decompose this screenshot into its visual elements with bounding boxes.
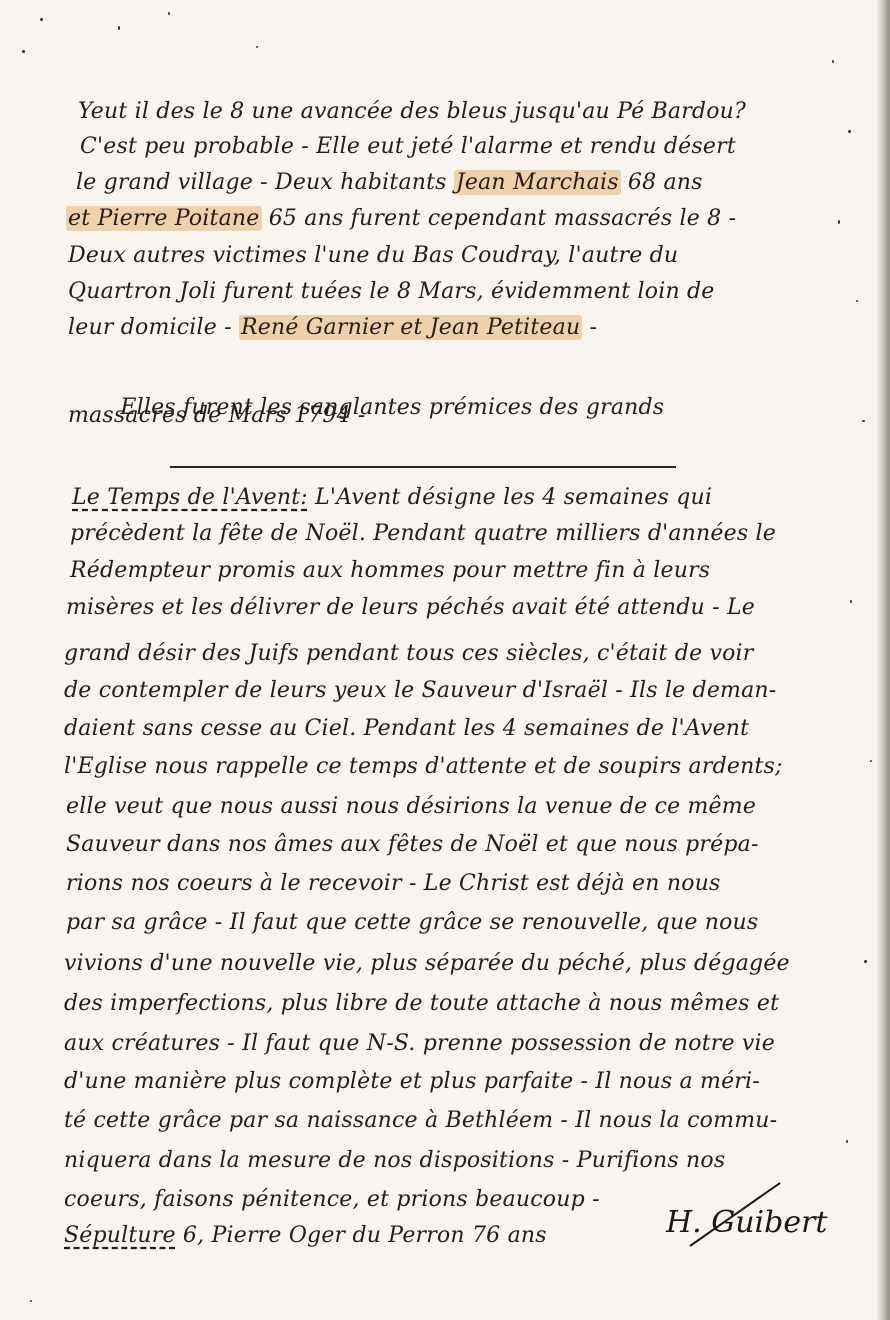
highlighted-name: René Garnier et Jean Petiteau [239, 315, 582, 340]
text-segment: L'Avent désigne les 4 semaines qui [308, 485, 712, 510]
text-segment: misères et les délivrer de leurs péchés … [66, 595, 755, 620]
text-line: coeurs, faisons pénitence, et prions bea… [64, 1186, 600, 1214]
text-line: leur domicile - René Garnier et Jean Pet… [68, 314, 597, 342]
text-line: grand désir des Juifs pendant tous ces s… [64, 640, 754, 668]
text-segment: Yeut il des le 8 une avancée des bleus j… [78, 99, 746, 124]
text-line: des imperfections, plus libre de toute a… [64, 990, 779, 1018]
text-line: aux créatures - Il faut que N-S. prenne … [64, 1030, 775, 1058]
highlighted-name: et Pierre Poitane [66, 206, 262, 231]
text-line: de contempler de leurs yeux le Sauveur d… [64, 677, 776, 705]
highlighted-name: Jean Marchais [454, 170, 621, 195]
text-segment: coeurs, faisons pénitence, et prions bea… [64, 1187, 600, 1212]
section-heading: Le Temps de l'Avent: [72, 485, 308, 510]
text-segment: té cette grâce par sa naissance à Bethlé… [64, 1108, 777, 1133]
text-segment: 6, Pierre Oger du Perron 76 ans [176, 1223, 547, 1248]
page-edge-shadow [876, 0, 890, 1320]
text-segment: Quartron Joli furent tuées le 8 Mars, év… [68, 279, 715, 304]
burial-label: Sépulture [64, 1223, 176, 1248]
text-line: Yeut il des le 8 une avancée des bleus j… [78, 98, 746, 126]
scan-speck [864, 960, 867, 963]
scan-speck [832, 60, 834, 63]
text-line: daient sans cesse au Ciel. Pendant les 4… [64, 715, 749, 743]
text-line: Sauveur dans nos âmes aux fêtes de Noël … [66, 831, 759, 859]
text-segment: Sauveur dans nos âmes aux fêtes de Noël … [66, 832, 759, 857]
scan-speck [22, 50, 25, 53]
text-segment: 68 ans [621, 170, 703, 195]
text-segment: C'est peu probable - Elle eut jeté l'ala… [80, 134, 736, 159]
text-line: et Pierre Poitane 65 ans furent cependan… [66, 205, 736, 233]
text-segment: précèdent la fête de Noël. Pendant quatr… [70, 521, 776, 546]
text-segment: Deux autres victimes l'une du Bas Coudra… [68, 243, 678, 268]
text-line: elle veut que nous aussi nous désirions … [66, 793, 756, 821]
text-segment: l'Eglise nous rappelle ce temps d'attent… [64, 754, 783, 779]
text-segment: niquera dans la mesure de nos dispositio… [64, 1148, 725, 1173]
text-segment: vivions d'une nouvelle vie, plus séparée… [64, 951, 790, 976]
scan-speck [870, 760, 872, 762]
scan-speck [256, 46, 258, 48]
signature: H. Guibert [666, 1205, 827, 1240]
scan-speck [846, 1140, 848, 1143]
text-segment: leur domicile - [68, 315, 239, 340]
scan-speck [850, 600, 852, 603]
text-line: par sa grâce - Il faut que cette grâce s… [66, 909, 758, 937]
scan-speck [838, 220, 840, 224]
text-line: massacres de Mars 1794 - [68, 402, 366, 430]
text-line: Quartron Joli furent tuées le 8 Mars, év… [68, 278, 715, 306]
section-divider [170, 466, 676, 468]
document-page: Yeut il des le 8 une avancée des bleus j… [0, 0, 890, 1320]
text-line: misères et les délivrer de leurs péchés … [66, 594, 755, 622]
text-segment: rions nos coeurs à le recevoir - Le Chri… [66, 871, 721, 896]
text-segment: Rédempteur promis aux hommes pour mettre… [70, 558, 710, 583]
text-line: Rédempteur promis aux hommes pour mettre… [70, 557, 710, 585]
text-segment: grand désir des Juifs pendant tous ces s… [64, 641, 754, 666]
scan-speck [848, 130, 851, 133]
text-segment: elle veut que nous aussi nous désirions … [66, 794, 756, 819]
text-line: Deux autres victimes l'une du Bas Coudra… [68, 242, 678, 270]
text-segment: aux créatures - Il faut que N-S. prenne … [64, 1031, 775, 1056]
text-line: d'une manière plus complète et plus parf… [64, 1068, 760, 1096]
text-line: l'Eglise nous rappelle ce temps d'attent… [64, 753, 783, 781]
text-line: précèdent la fête de Noël. Pendant quatr… [70, 520, 776, 548]
text-segment: par sa grâce - Il faut que cette grâce s… [66, 910, 758, 935]
text-line: C'est peu probable - Elle eut jeté l'ala… [80, 133, 736, 161]
text-line: rions nos coeurs à le recevoir - Le Chri… [66, 870, 721, 898]
burial-entry: Sépulture 6, Pierre Oger du Perron 76 an… [64, 1222, 547, 1250]
scan-speck [168, 12, 170, 15]
scan-speck [118, 26, 120, 30]
text-line: Le Temps de l'Avent: L'Avent désigne les… [72, 484, 712, 512]
scan-speck [862, 420, 865, 422]
text-line: le grand village - Deux habitants Jean M… [76, 169, 703, 197]
text-line: vivions d'une nouvelle vie, plus séparée… [64, 950, 790, 978]
text-segment: daient sans cesse au Ciel. Pendant les 4… [64, 716, 749, 741]
text-segment: - [582, 315, 597, 340]
scan-speck [30, 1300, 32, 1302]
text-segment: d'une manière plus complète et plus parf… [64, 1069, 760, 1094]
text-segment: des imperfections, plus libre de toute a… [64, 991, 779, 1016]
text-line: niquera dans la mesure de nos dispositio… [64, 1147, 725, 1175]
text-segment: 65 ans furent cependant massacrés le 8 - [262, 206, 737, 231]
text-segment: massacres de Mars 1794 - [68, 403, 366, 428]
scan-speck [856, 300, 858, 302]
text-line: té cette grâce par sa naissance à Bethlé… [64, 1107, 777, 1135]
scan-speck [40, 18, 43, 21]
text-segment: le grand village - Deux habitants [76, 170, 454, 195]
text-segment: de contempler de leurs yeux le Sauveur d… [64, 678, 776, 703]
